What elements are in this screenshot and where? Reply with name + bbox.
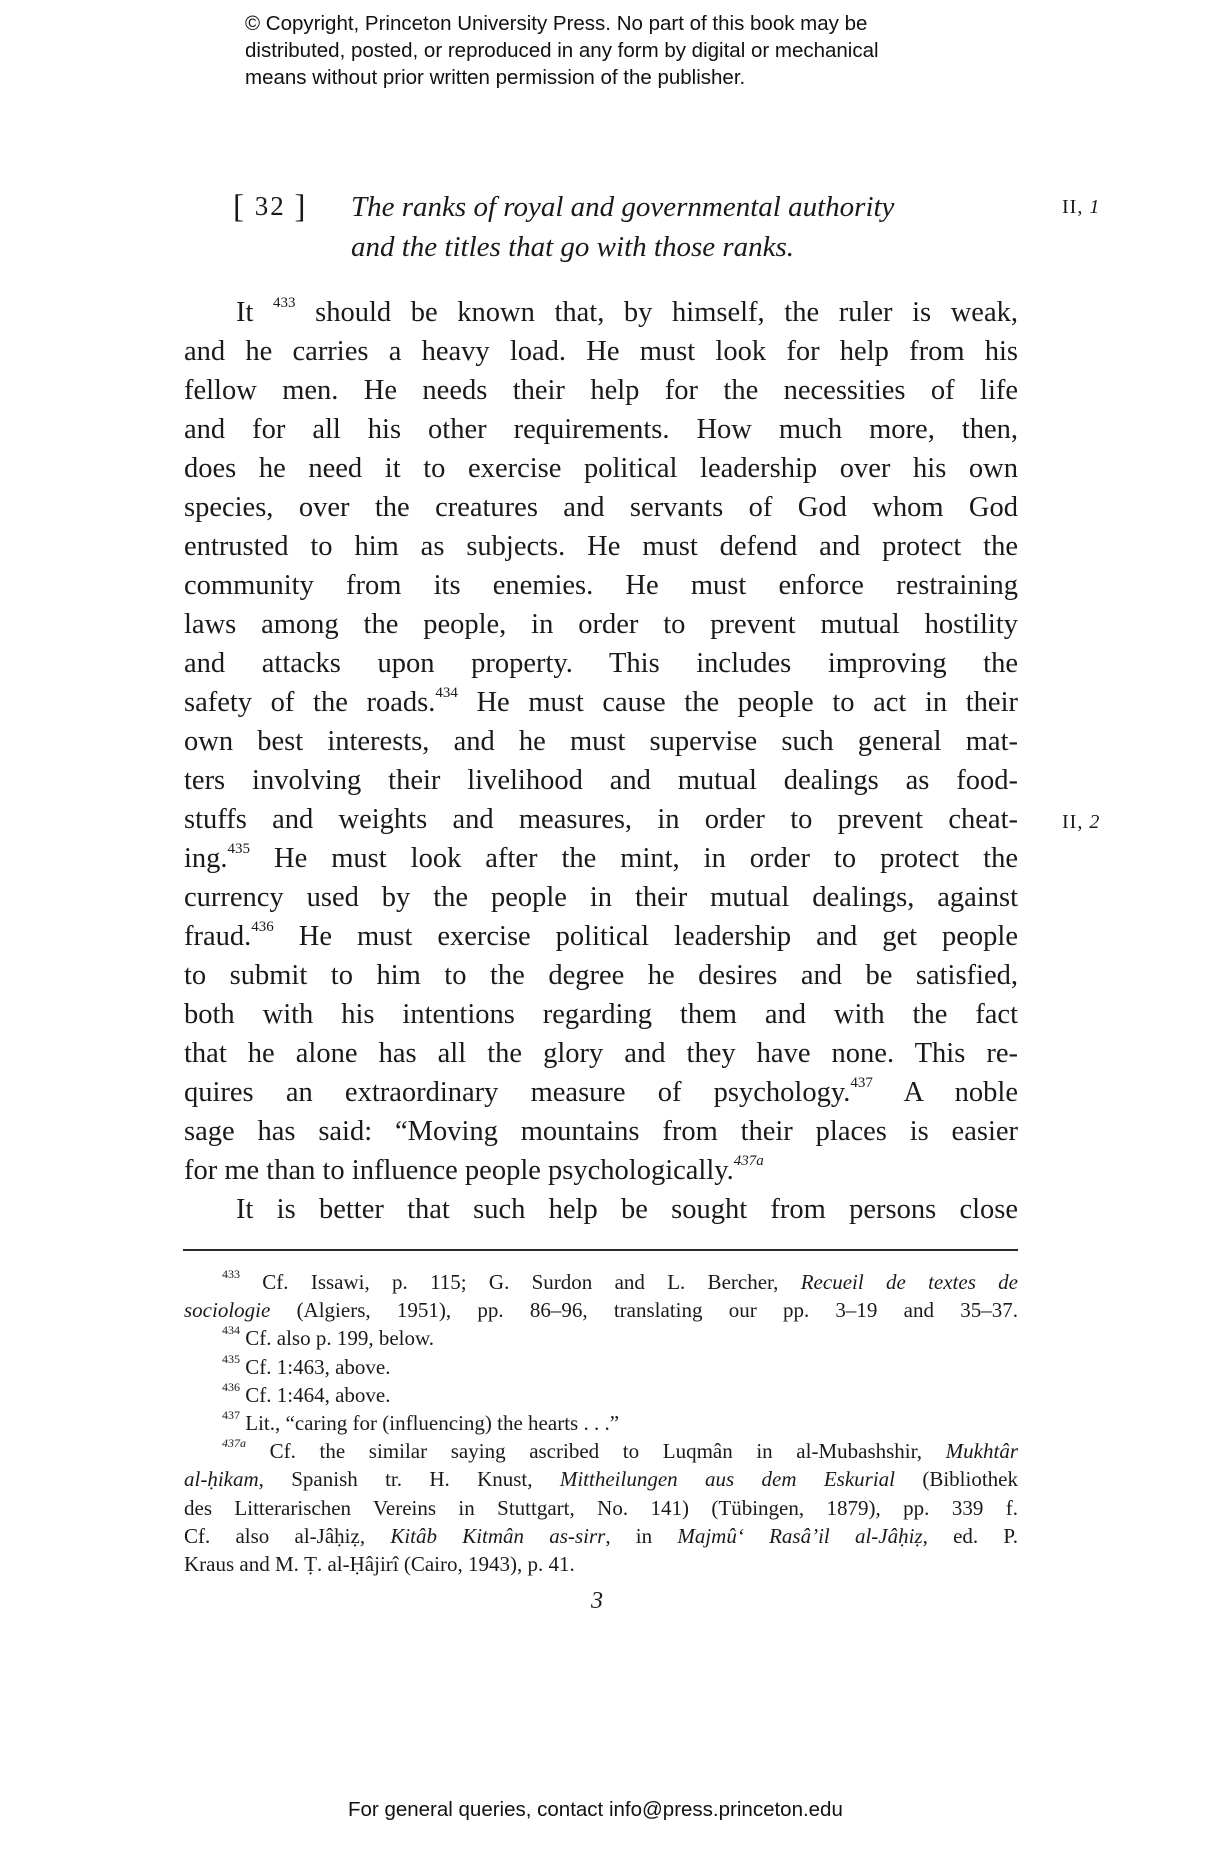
body-line: does he need it to exercise political le… [184, 449, 1018, 488]
chapter-title-line: The ranks of royal and governmental auth… [351, 187, 894, 227]
body-line: sage has said: “Moving mountains from th… [184, 1112, 1018, 1151]
body-line: own best interests, and he must supervis… [184, 722, 1018, 761]
chapter-title-line: and the titles that go with those ranks. [351, 227, 894, 267]
body-line: quires an extraordinary measure of psych… [184, 1073, 1018, 1112]
body-line: both with his intentions regarding them … [184, 995, 1018, 1034]
bracket-close: ] [295, 189, 308, 225]
footnote-436: 436 Cf. 1:464, above. [184, 1381, 1018, 1409]
footnote-437: 437 Lit., “caring for (influencing) the … [184, 1409, 1018, 1437]
footnote-ref-436[interactable]: 436 [251, 919, 274, 935]
footnote-434: 434 Cf. also p. 199, below. [184, 1324, 1018, 1352]
body-line: to submit to him to the degree he desire… [184, 956, 1018, 995]
bracket-open: [ [233, 189, 246, 225]
body-text: It 433 should be known that, by himself,… [184, 293, 1018, 1229]
footnote-437a-cont: des Litterarischen Vereins in Stuttgart,… [184, 1494, 1018, 1522]
copyright-line: distributed, posted, or reproduced in an… [245, 37, 1005, 64]
body-line: laws among the people, in order to preve… [184, 605, 1018, 644]
body-line: species, over the creatures and servants… [184, 488, 1018, 527]
body-line: stuffs and weights and measures, in orde… [184, 800, 1018, 839]
footnote-ref-437a[interactable]: 437a [734, 1153, 764, 1169]
copyright-line: © Copyright, Princeton University Press.… [245, 10, 1005, 37]
body-line: community from its enemies. He must enfo… [184, 566, 1018, 605]
footnote-433-cont: sociologie (Algiers, 1951), pp. 86–96, t… [184, 1296, 1018, 1324]
margin-reference: II, 1 [1062, 196, 1100, 219]
margin-reference: II, 2 [1062, 811, 1100, 834]
body-line: and for all his other requirements. How … [184, 410, 1018, 449]
margin-ref-page: 2 [1089, 811, 1100, 833]
body-line: ing.435 He must look after the mint, in … [184, 839, 1018, 878]
copyright-line: means without prior written permission o… [245, 64, 1005, 91]
body-line: that he alone has all the glory and they… [184, 1034, 1018, 1073]
chapter-number: [ 32 ] [233, 187, 308, 224]
body-line: ters involving their livelihood and mutu… [184, 761, 1018, 800]
body-line: and attacks upon property. This includes… [184, 644, 1018, 683]
footnote-ref-434[interactable]: 434 [435, 685, 458, 701]
footnote-437a: 437a Cf. the similar saying ascribed to … [184, 1437, 1018, 1465]
chapter-title: The ranks of royal and governmental auth… [351, 187, 894, 267]
margin-ref-volume: II, [1062, 196, 1083, 218]
footnote-435: 435 Cf. 1:463, above. [184, 1353, 1018, 1381]
body-line: fraud.436 He must exercise political lea… [184, 917, 1018, 956]
body-line: entrusted to him as subjects. He must de… [184, 527, 1018, 566]
contact-notice: For general queries, contact info@press.… [348, 1798, 843, 1822]
footnote-437a-cont: Kraus and M. Ṭ. al-Ḥâjirî (Cairo, 1943),… [184, 1550, 1018, 1578]
footnote-ref-435[interactable]: 435 [228, 841, 251, 857]
page-number: 3 [591, 1588, 603, 1615]
chapter-number-value: 32 [255, 191, 286, 221]
footnote-divider [183, 1249, 1018, 1251]
footnotes: 433 Cf. Issawi, p. 115; G. Surdon and L.… [184, 1268, 1018, 1578]
footnote-ref-433[interactable]: 433 [273, 295, 296, 311]
body-line: for me than to influence people psycholo… [184, 1151, 1018, 1190]
body-line: currency used by the people in their mut… [184, 878, 1018, 917]
body-line: It 433 should be known that, by himself,… [184, 293, 1018, 332]
body-line: safety of the roads.434 He must cause th… [184, 683, 1018, 722]
footnote-437a-cont: al-ḥikam, Spanish tr. H. Knust, Mittheil… [184, 1465, 1018, 1493]
body-line: fellow men. He needs their help for the … [184, 371, 1018, 410]
body-line: It is better that such help be sought fr… [184, 1190, 1018, 1229]
body-line: and he carries a heavy load. He must loo… [184, 332, 1018, 371]
margin-ref-volume: II, [1062, 811, 1083, 833]
margin-ref-page: 1 [1089, 196, 1100, 218]
footnote-433: 433 Cf. Issawi, p. 115; G. Surdon and L.… [184, 1268, 1018, 1296]
footnote-ref-437[interactable]: 437 [850, 1075, 873, 1091]
copyright-notice: © Copyright, Princeton University Press.… [245, 10, 1005, 91]
footnote-437a-cont: Cf. also al-Jâḥiẓ, Kitâb Kitmân as-sirr,… [184, 1522, 1018, 1550]
